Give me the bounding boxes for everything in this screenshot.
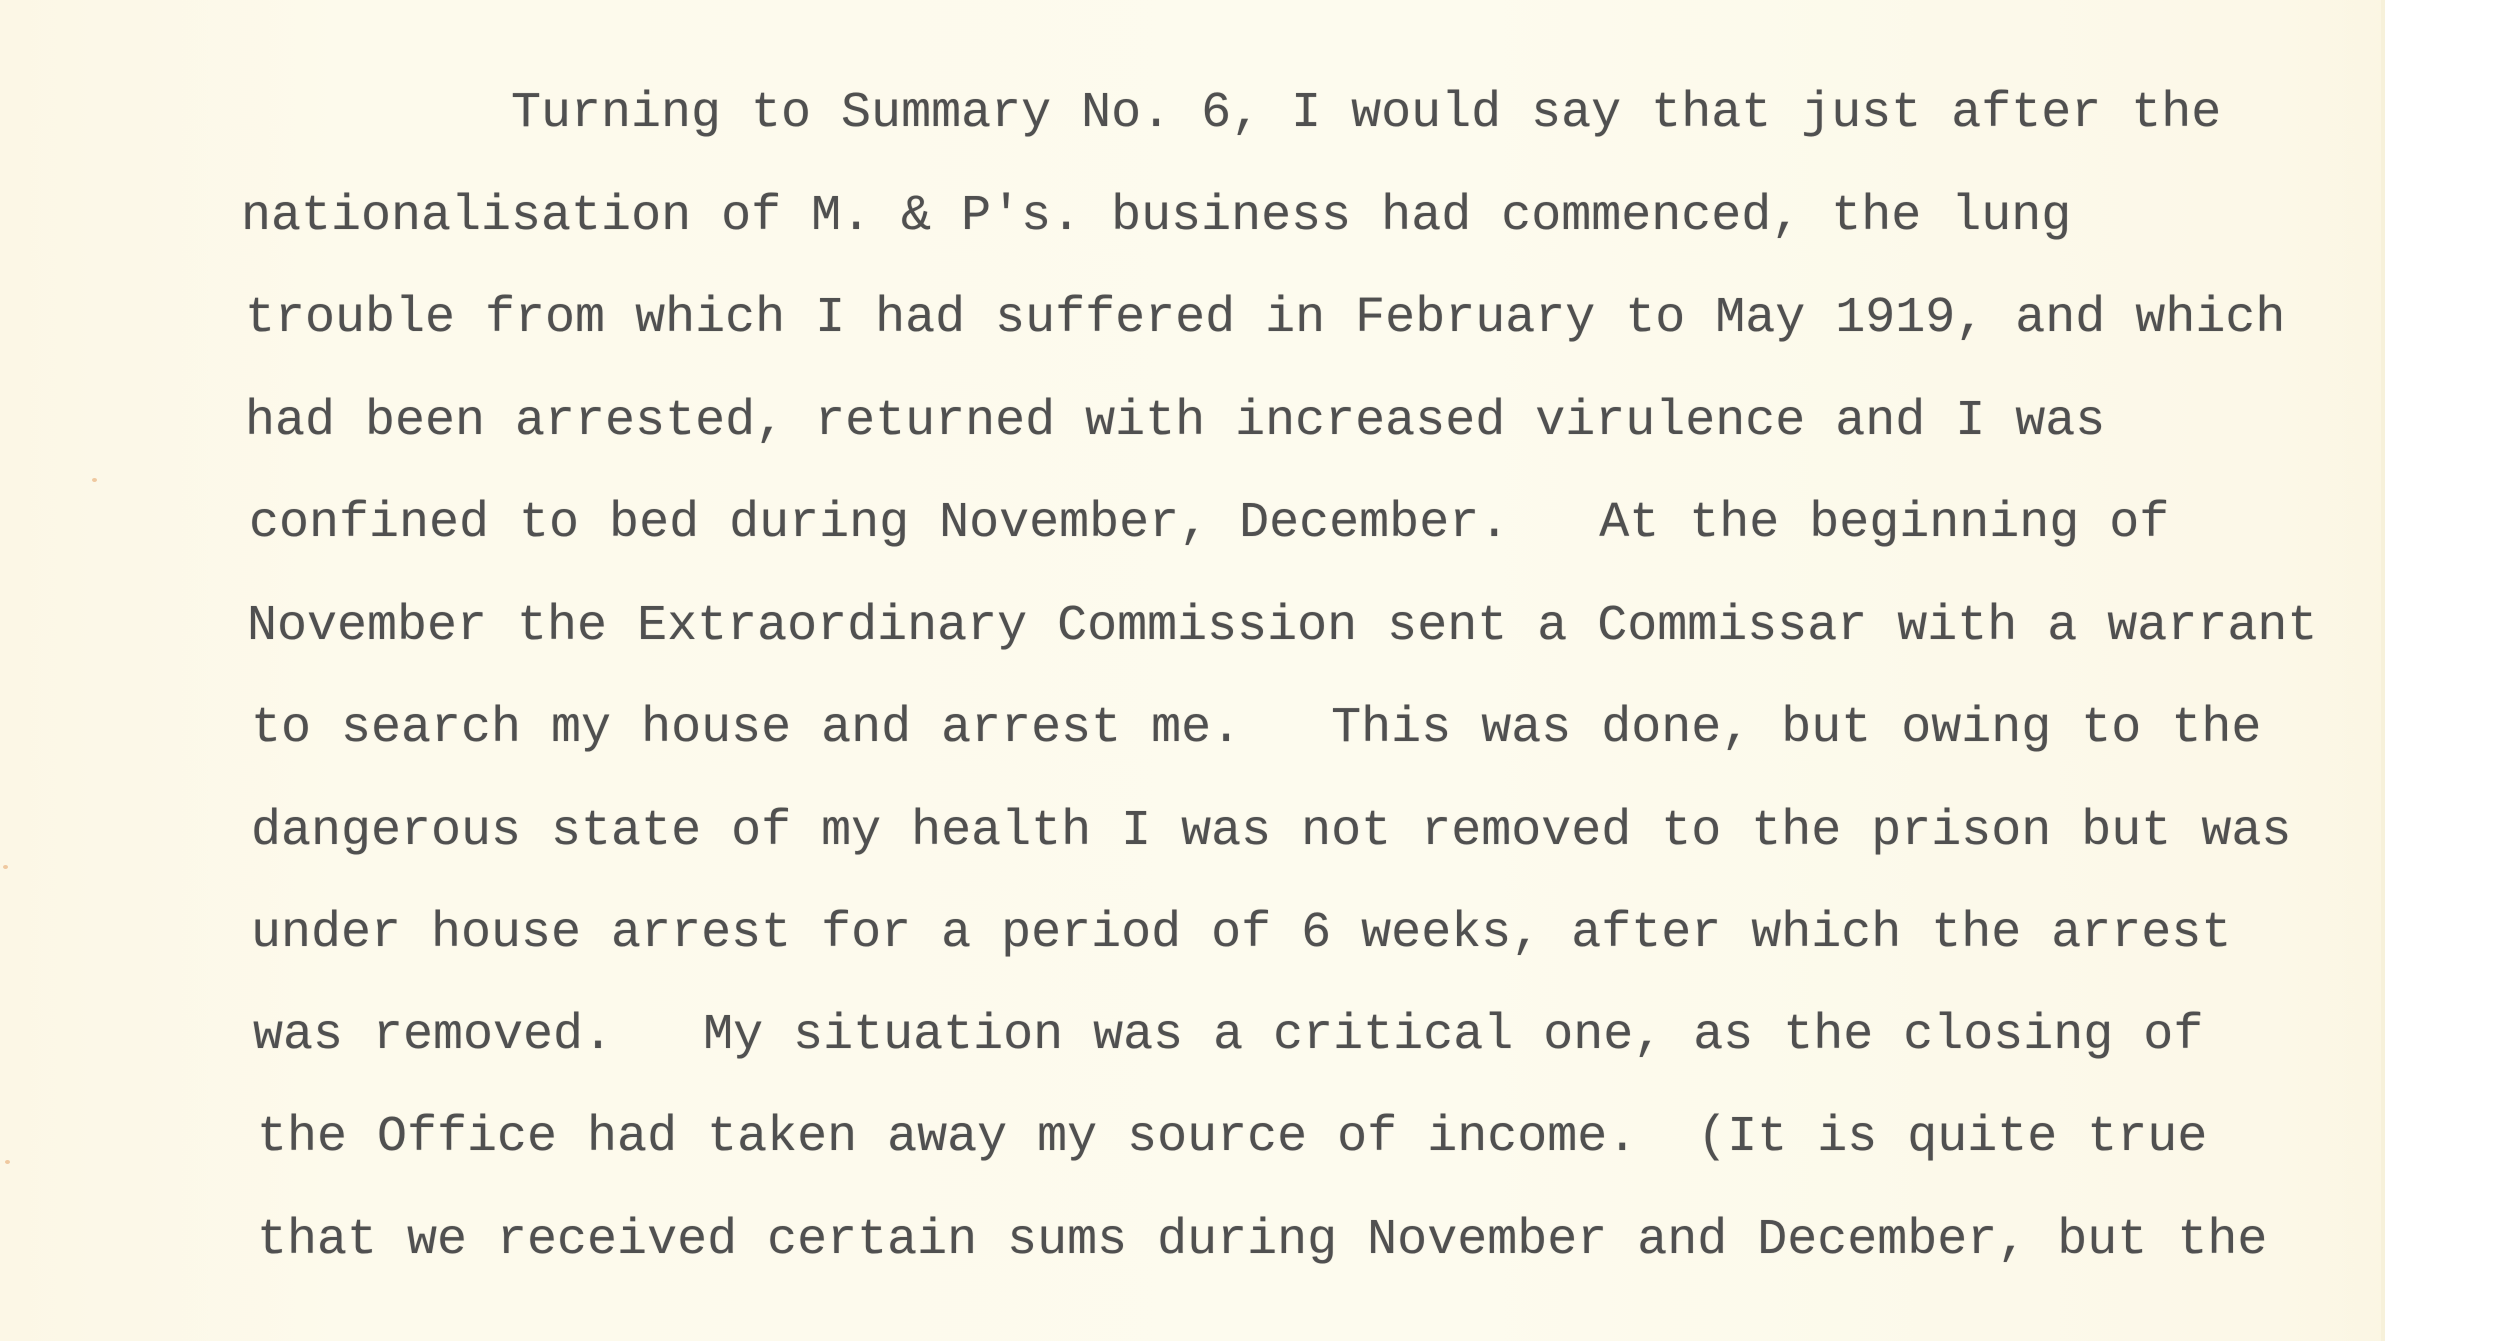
text-line-6: November the Extraordinary Commission se… (247, 597, 2317, 657)
text-line-5: confined to bed during November, Decembe… (249, 494, 2169, 554)
text-line-4: had been arrested, returned with increas… (245, 392, 2105, 452)
typewritten-page: Turning to Summary No. 6, I would say th… (0, 0, 2385, 1341)
text-line-3: trouble from which I had suffered in Feb… (245, 289, 2285, 349)
text-line-7: to search my house and arrest me. This w… (251, 699, 2261, 759)
text-line-2: nationalisation of M. & P's. business ha… (241, 187, 2071, 247)
document-body: Turning to Summary No. 6, I would say th… (0, 0, 2385, 1341)
text-line-8: dangerous state of my health I was not r… (251, 802, 2291, 862)
text-line-12: that we received certain sums during Nov… (257, 1211, 2267, 1271)
text-line-10: was removed. My situation was a critical… (253, 1006, 2203, 1066)
text-line-1: Turning to Summary No. 6, I would say th… (511, 84, 2221, 144)
text-line-11: the Office had taken away my source of i… (257, 1108, 2207, 1168)
text-line-9: under house arrest for a period of 6 wee… (251, 904, 2231, 964)
